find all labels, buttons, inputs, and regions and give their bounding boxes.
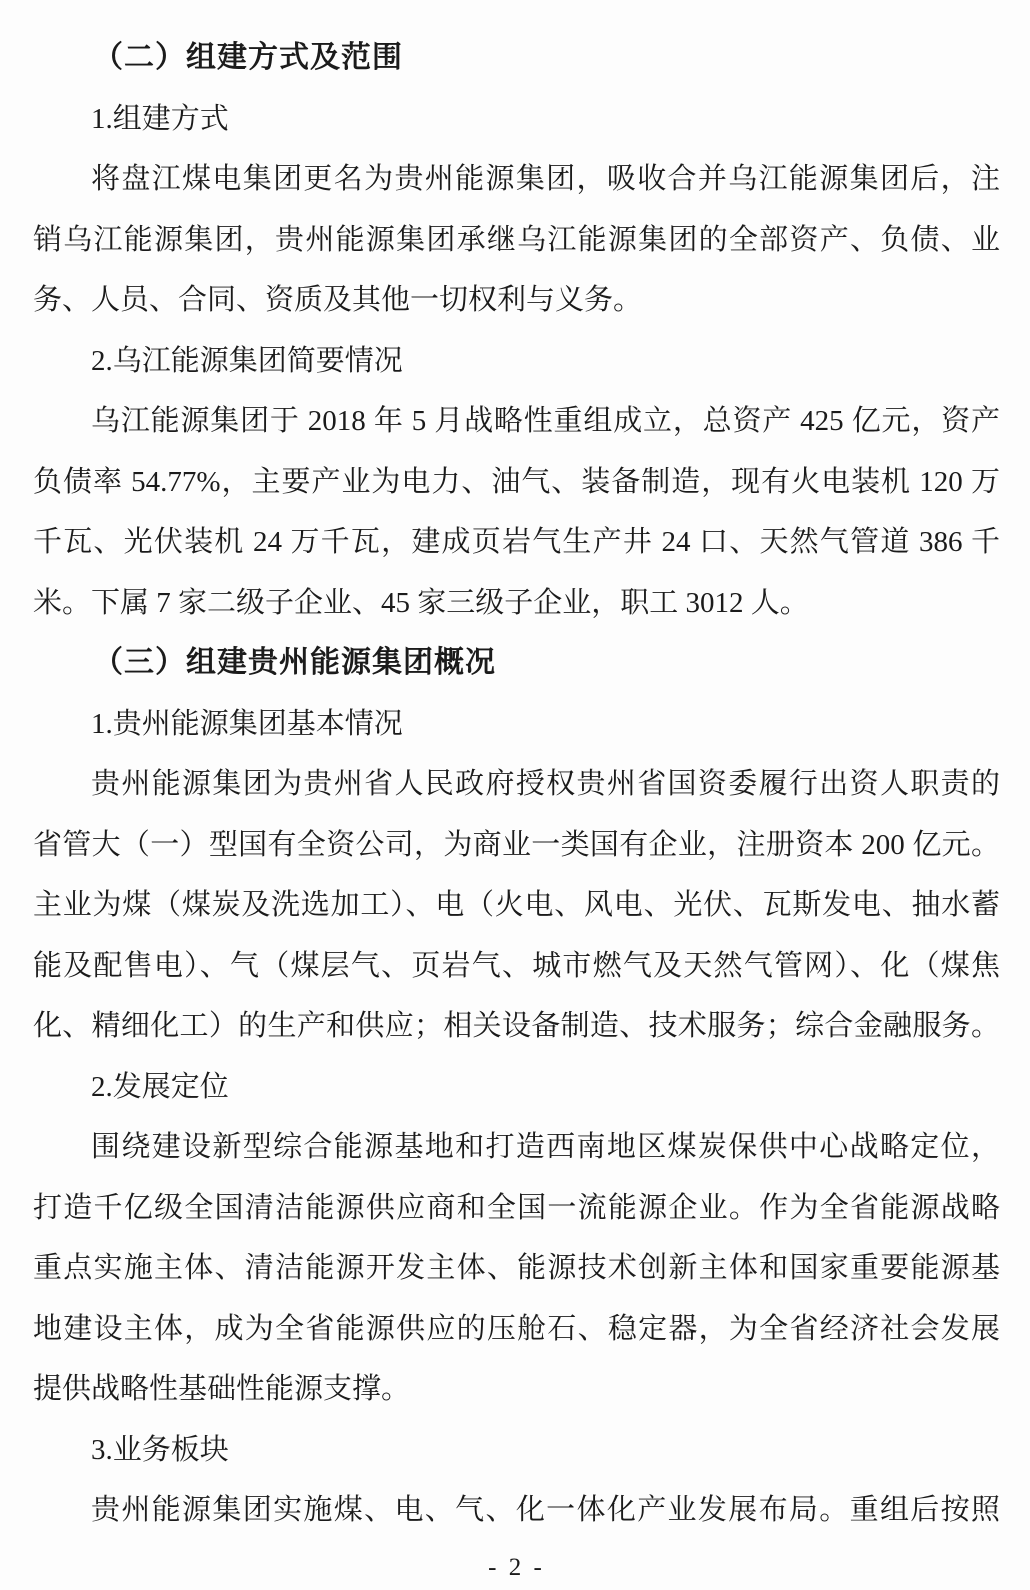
paragraph-line: 打造千亿级全国清洁能源供应商和全国一流能源企业。作为全省能源战略 [33, 1178, 1000, 1239]
paragraph-line: 围绕建设新型综合能源基地和打造西南地区煤炭保供中心战略定位， [33, 1117, 1000, 1178]
subsection-heading: 1.组建方式 [33, 89, 1000, 150]
document-page: （二）组建方式及范围1.组建方式将盘江煤电集团更名为贵州能源集团，吸收合并乌江能… [0, 0, 1030, 1590]
paragraph-line: 省管大（一）型国有全资公司，为商业一类国有企业，注册资本 200 亿元。 [33, 815, 1000, 876]
paragraph-line: 米。下属 7 家二级子企业、45 家三级子企业，职工 3012 人。 [33, 573, 1000, 634]
section-heading: （二）组建方式及范围 [33, 28, 1000, 89]
paragraph-line: 务、人员、合同、资质及其他一切权利与义务。 [33, 270, 1000, 331]
paragraph-line: 主业为煤（煤炭及洗选加工）、电（火电、风电、光伏、瓦斯发电、抽水蓄 [33, 875, 1000, 936]
paragraph-line: 重点实施主体、清洁能源开发主体、能源技术创新主体和国家重要能源基 [33, 1238, 1000, 1299]
page-number: - 2 - [33, 1547, 1000, 1589]
paragraph-line: 负债率 54.77%，主要产业为电力、油气、装备制造，现有火电装机 120 万 [33, 452, 1000, 513]
subsection-heading: 2.发展定位 [33, 1057, 1000, 1118]
subsection-heading: 1.贵州能源集团基本情况 [33, 694, 1000, 755]
section-heading: （三）组建贵州能源集团概况 [33, 633, 1000, 694]
paragraph-line: 千瓦、光伏装机 24 万千瓦，建成页岩气生产井 24 口、天然气管道 386 千 [33, 512, 1000, 573]
paragraph-line: 贵州能源集团实施煤、电、气、化一体化产业发展布局。重组后按照 [33, 1480, 1000, 1541]
subsection-heading: 2.乌江能源集团简要情况 [33, 331, 1000, 392]
subsection-heading: 3.业务板块 [33, 1420, 1000, 1481]
document-body: （二）组建方式及范围1.组建方式将盘江煤电集团更名为贵州能源集团，吸收合并乌江能… [33, 28, 1000, 1541]
paragraph-line: 提供战略性基础性能源支撑。 [33, 1359, 1000, 1420]
paragraph-line: 将盘江煤电集团更名为贵州能源集团，吸收合并乌江能源集团后，注 [33, 149, 1000, 210]
paragraph-line: 贵州能源集团为贵州省人民政府授权贵州省国资委履行出资人职责的 [33, 754, 1000, 815]
paragraph-line: 地建设主体，成为全省能源供应的压舱石、稳定器，为全省经济社会发展 [33, 1299, 1000, 1360]
paragraph-line: 能及配售电）、气（煤层气、页岩气、城市燃气及天然气管网）、化（煤焦 [33, 936, 1000, 997]
paragraph-line: 化、精细化工）的生产和供应；相关设备制造、技术服务；综合金融服务。 [33, 996, 1000, 1057]
paragraph-line: 销乌江能源集团，贵州能源集团承继乌江能源集团的全部资产、负债、业 [33, 210, 1000, 271]
paragraph-line: 乌江能源集团于 2018 年 5 月战略性重组成立，总资产 425 亿元，资产 [33, 391, 1000, 452]
